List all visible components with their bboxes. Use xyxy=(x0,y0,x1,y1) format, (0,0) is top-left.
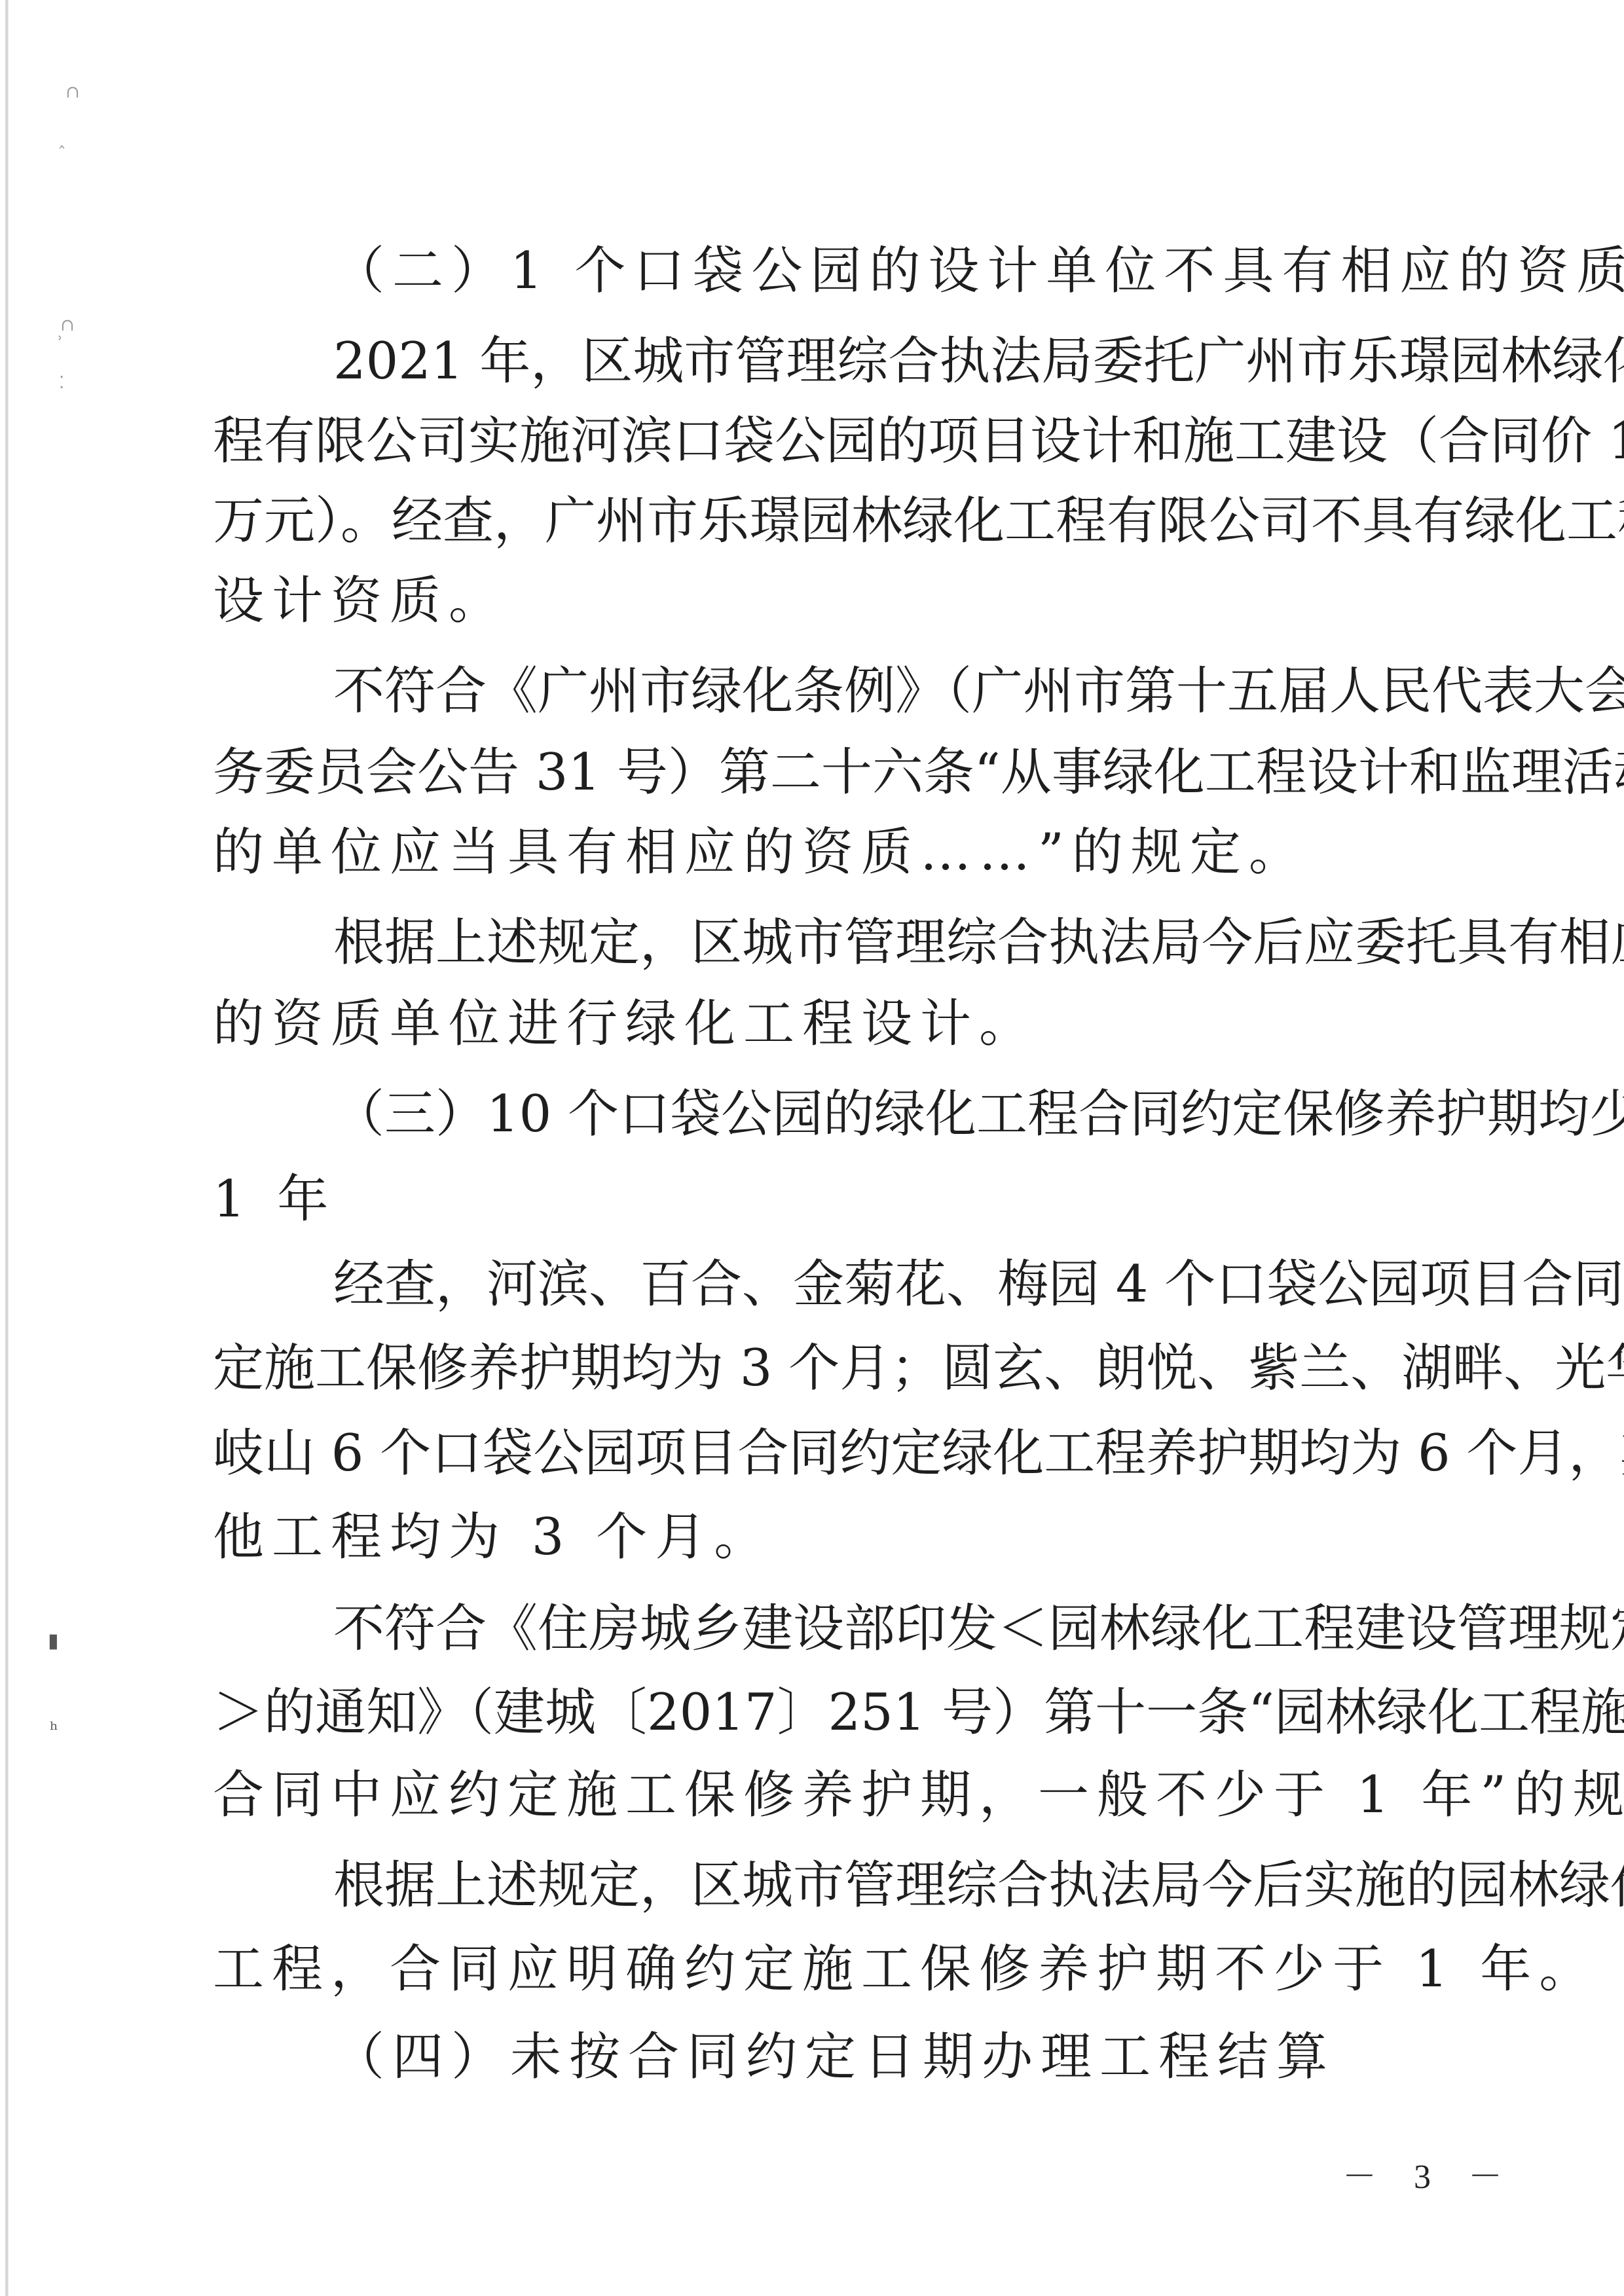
paragraph-line: 定施工保修养护期均为 3 个月；圆玄、朗悦、紫兰、湖畔、光华、 xyxy=(213,1336,1450,1401)
scan-artifact-mark: ▮ xyxy=(48,1631,59,1651)
paragraph-line: 不符合《广州市绿化条例》（广州市第十五届人民代表大会常 xyxy=(333,659,1450,724)
paragraph-line: 程有限公司实施河滨口袋公园的项目设计和施工建设（合同价 150 xyxy=(213,409,1450,474)
scan-artifact-mark: ˆ xyxy=(58,145,66,162)
paragraph-line: ＞的通知》（建城〔2017〕251 号）第十一条“园林绿化工程施工 xyxy=(213,1680,1450,1745)
paragraph-line: 他工程均为 3 个月。 xyxy=(213,1504,773,1570)
paragraph-line: 根据上述规定，区城市管理综合执法局今后实施的园林绿化 xyxy=(333,1853,1450,1918)
paragraph-line: 根据上述规定，区城市管理综合执法局今后应委托具有相应 xyxy=(333,910,1450,975)
paragraph-line: 的资质单位进行绿化工程设计。 xyxy=(213,991,1038,1057)
paragraph-line: 岐山 6 个口袋公园项目合同约定绿化工程养护期均为 6 个月，其 xyxy=(213,1421,1450,1486)
paragraph-line: 2021 年，区城市管理综合执法局委托广州市乐璟园林绿化工 xyxy=(333,329,1450,394)
page-number: － 3 － xyxy=(1342,2149,1517,2198)
section-heading-2: （二）1 个口袋公园的设计单位不具有相应的资质 xyxy=(333,238,1624,304)
scan-artifact-mark: ʰ xyxy=(50,1721,58,1740)
paragraph-line: 不符合《住房城乡建设部印发＜园林绿化工程建设管理规定 xyxy=(333,1596,1450,1662)
paragraph-line: 设计资质。 xyxy=(213,568,507,634)
paragraph-line: 万元）。经查，广州市乐璟园林绿化工程有限公司不具有绿化工程 xyxy=(213,488,1450,554)
paragraph-line: 的单位应当具有相应的资质……”的规定。 xyxy=(213,820,1308,885)
section-heading-3-continued: 1 年 xyxy=(213,1167,336,1232)
section-heading-3: （三）10 个口袋公园的绿化工程合同约定保修养护期均少于 xyxy=(333,1082,1450,1147)
scan-artifact-mark: ⁚ xyxy=(59,374,64,392)
paragraph-line: 务委员会公告 31 号）第二十六条“从事绿化工程设计和监理活动 xyxy=(213,740,1450,805)
paragraph-line: 合同中应约定施工保修养护期，一般不少于 1 年”的规定。 xyxy=(213,1762,1624,1828)
scan-artifact-mark: ∩ xyxy=(65,84,80,101)
paragraph-line: 工程，合同应明确约定施工保修养护期不少于 1 年。 xyxy=(213,1937,1598,2002)
paragraph-line: 经查，河滨、百合、金菊花、梅园 4 个口袋公园项目合同约 xyxy=(333,1252,1450,1317)
section-heading-4: （四）未按合同约定日期办理工程结算 xyxy=(333,2024,1335,2090)
scan-artifact-mark: ˒ xyxy=(58,331,63,348)
scan-edge-shadow xyxy=(5,0,9,2296)
